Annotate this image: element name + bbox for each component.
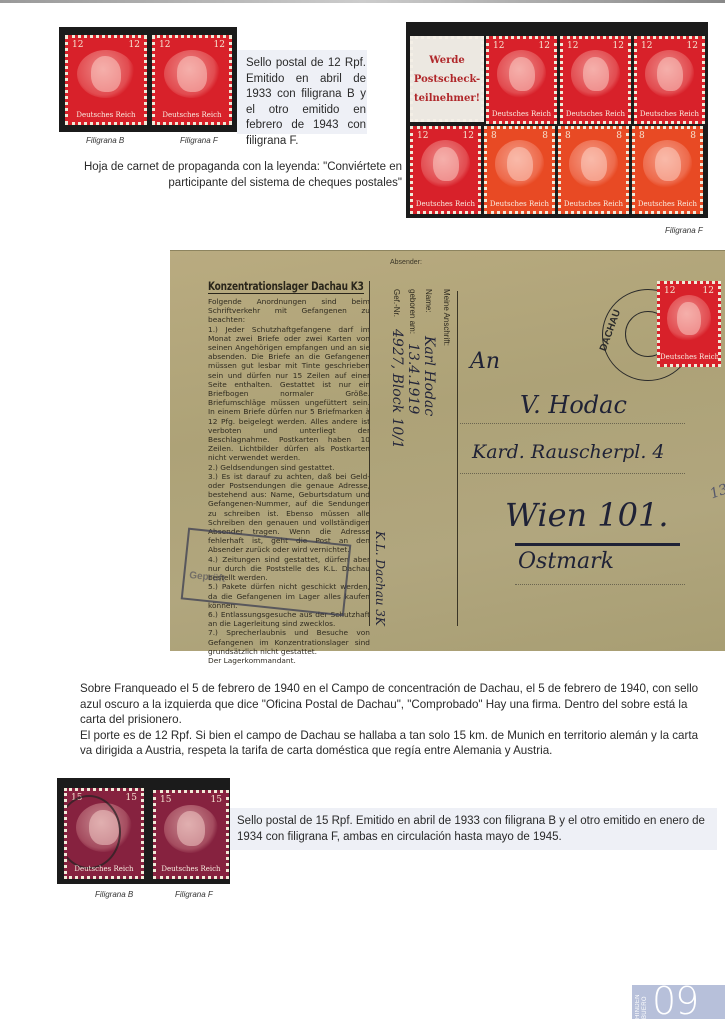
stamp-mount-15rpf: 15 15 Deutsches Reich 15 15 Deutsches Re…	[57, 778, 230, 884]
stamp-value: 12	[613, 41, 624, 51]
stamp-value: 8	[639, 131, 645, 141]
filigrana-label: Filigrana F	[665, 226, 703, 235]
stamp-value: 12	[493, 41, 504, 51]
stamp-value: 15	[211, 795, 222, 805]
heading-label: Meine Anschrift:	[442, 289, 451, 346]
stamp-inscription: Deutsches Reich	[67, 865, 141, 873]
filigrana-label: Filigrana B	[86, 136, 124, 145]
portrait-head	[509, 57, 535, 91]
stamp-inscription: Deutsches Reich	[563, 110, 628, 118]
stamp-value: 12	[214, 40, 225, 50]
number-value: 4927, Block 10/1	[389, 329, 405, 449]
portrait-head	[433, 147, 459, 181]
born-value: 13.4.1919	[405, 343, 421, 414]
divider-line	[369, 281, 370, 626]
censor-stamp-text: Geprüft	[189, 570, 226, 585]
stamp-12rpf-filigrana-b: 12 12 Deutsches Reich	[65, 35, 147, 125]
filigrana-label: Filigrana B	[95, 890, 133, 899]
stamp-value: 8	[542, 131, 548, 141]
filigrana-label: Filigrana F	[180, 136, 218, 145]
stamp-value: 12	[463, 131, 474, 141]
portrait-head	[581, 147, 607, 181]
born-label: geboren am:	[408, 289, 417, 334]
stamp-inscription: Deutsches Reich	[487, 200, 552, 208]
stamp-inscription: Deutsches Reich	[660, 353, 718, 361]
footer-side-text-1: HINDEN	[635, 994, 641, 1019]
address-line-5: Ostmark	[518, 549, 614, 574]
stamp-mount-12rpf: 12 12 Deutsches Reich 12 12 Deutsches Re…	[59, 27, 237, 132]
stamp-value: 12	[687, 41, 698, 51]
caption-15rpf: Sello postal de 15 Rpf. Emitido en abril…	[237, 814, 713, 845]
booklet-stamp: 1212Deutsches Reich	[486, 36, 557, 124]
stamp-value: 12	[641, 41, 652, 51]
booklet-pane-mount: Werde Postscheck-teilnehmer! 1212Deutsch…	[406, 22, 708, 218]
page-top-border	[0, 0, 725, 3]
footer-side-text-2: BUERO	[642, 996, 648, 1019]
address-line-1: An	[470, 349, 500, 374]
stamp-value: 12	[159, 40, 170, 50]
stamp-inscription: Deutsches Reich	[156, 865, 226, 873]
address-dotted-line	[460, 473, 685, 474]
stamp-inscription: Deutsches Reich	[155, 111, 229, 119]
stamp-value: 12	[417, 131, 428, 141]
caption-booklet: Hoja de carnet de propaganda con la leye…	[80, 160, 402, 191]
portrait-head	[177, 811, 205, 846]
address-dotted-line	[515, 584, 685, 585]
stamp-inscription: Deutsches Reich	[68, 111, 144, 119]
stamp-value: 8	[616, 131, 622, 141]
cancellation-mark	[64, 795, 121, 869]
address-line-4: Wien 101.	[505, 496, 669, 534]
stamp-inscription: Deutsches Reich	[413, 200, 478, 208]
propaganda-text: Werde Postscheck-teilnehmer!	[414, 55, 480, 104]
portrait-head	[583, 57, 609, 91]
stamp-value: 12	[703, 286, 714, 296]
booklet-stamp: 1212Deutsches Reich	[560, 36, 631, 124]
stamp-value: 15	[126, 793, 137, 803]
stamp-inscription: Deutsches Reich	[635, 200, 700, 208]
stamp-15rpf-filigrana-b: 15 15 Deutsches Reich	[64, 788, 144, 879]
stamp-value: 8	[565, 131, 571, 141]
stamp-12rpf-filigrana-f: 12 12 Deutsches Reich	[152, 35, 232, 125]
footer-side-text: HINDEN BUERO	[635, 987, 649, 1019]
stamp-15rpf-filigrana-f: 15 15 Deutsches Reich	[153, 790, 229, 879]
portrait-head	[677, 302, 700, 336]
number-label: Gef.-Nr.	[392, 289, 401, 317]
booklet-stamp: 88Deutsches Reich	[632, 126, 703, 214]
stamp-inscription: Deutsches Reich	[637, 110, 702, 118]
portrait-head	[655, 147, 681, 181]
name-label: Name:	[424, 289, 433, 313]
page-number-badge: HINDEN BUERO 09	[632, 985, 725, 1019]
address-line-2: V. Hodac	[520, 391, 627, 419]
stamp-value: 12	[567, 41, 578, 51]
sender-block: Meine Anschrift: Name: Karl Hodac gebore…	[375, 281, 465, 611]
address-line-3: Kard. Rauscherpl. 4	[472, 441, 665, 463]
stamp-value: 12	[72, 40, 83, 50]
portrait-head	[177, 56, 207, 91]
page-number: 09	[652, 979, 698, 1023]
absender-label: Absender:	[390, 259, 422, 266]
stamp-inscription: Deutsches Reich	[489, 110, 554, 118]
caption-12rpf: Sello postal de 12 Rpf. Emitido en abril…	[246, 56, 366, 149]
address-underline	[515, 543, 680, 546]
stamp-value: 12	[664, 286, 675, 296]
stamp-value: 12	[129, 40, 140, 50]
address-note: 13/	[708, 480, 725, 503]
envelope-stamp-12rpf: 12 12 Deutsches Reich	[657, 281, 721, 367]
envelope-header: Konzentrationslager Dachau K3	[208, 279, 364, 294]
camp-value: K.L. Dachau 3K	[373, 531, 387, 626]
stamp-value: 12	[539, 41, 550, 51]
stamp-value: 8	[491, 131, 497, 141]
propaganda-label: Werde Postscheck-teilnehmer!	[410, 36, 484, 122]
address-dotted-line	[460, 423, 685, 424]
stamp-value: 8	[690, 131, 696, 141]
caption-envelope: Sobre Franqueado el 5 de febrero de 1940…	[80, 681, 710, 759]
name-value: Karl Hodac	[421, 336, 437, 416]
portrait-head	[507, 147, 533, 181]
portrait-head	[657, 57, 683, 91]
stamp-value: 15	[160, 795, 171, 805]
portrait-head	[91, 56, 121, 91]
booklet-stamp: 88Deutsches Reich	[558, 126, 629, 214]
booklet-stamp: 1212Deutsches Reich	[634, 36, 705, 124]
filigrana-label: Filigrana F	[175, 890, 213, 899]
booklet-stamp: 1212Deutsches Reich	[410, 126, 481, 214]
stamp-inscription: Deutsches Reich	[561, 200, 626, 208]
envelope: Konzentrationslager Dachau K3 Folgende A…	[170, 250, 725, 651]
booklet-stamp: 88Deutsches Reich	[484, 126, 555, 214]
